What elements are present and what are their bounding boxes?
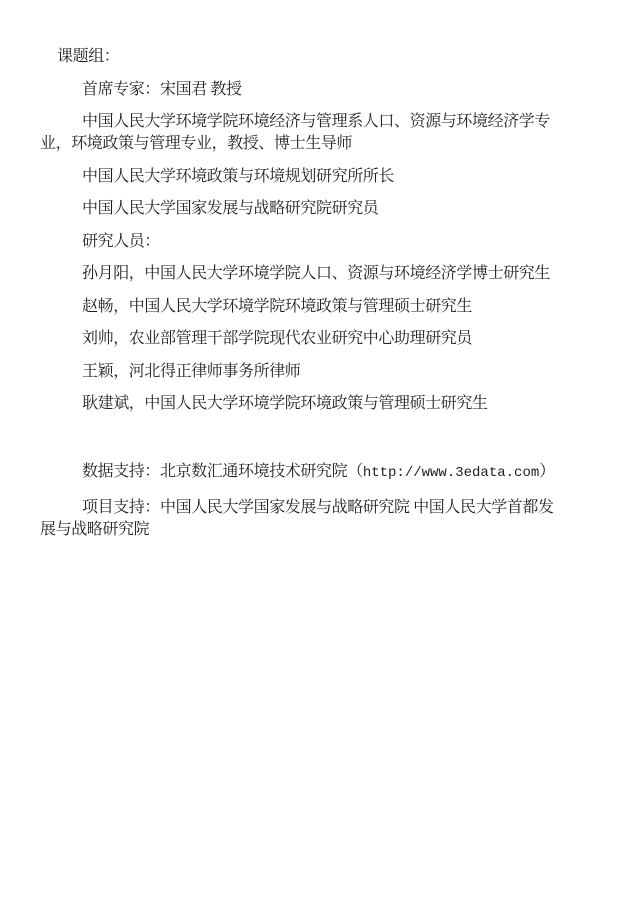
researcher-line: 王颖，河北得正律师事务所律师	[40, 361, 593, 383]
researcher-line: 刘帅，农业部管理干部学院现代农业研究中心助理研究员	[40, 328, 593, 350]
data-support-prefix: 数据支持：北京数汇通环境技术研究院（	[82, 463, 363, 480]
chief-affiliation3-line: 中国人民大学国家发展与战略研究院研究员	[40, 198, 593, 220]
chief-affiliation-line2: 业，环境政策与管理专业，教授、博士生导师	[40, 133, 593, 155]
project-support-line2: 展与战略研究院	[40, 519, 593, 541]
chief-affiliation2-line: 中国人民大学环境政策与环境规划研究所所长	[40, 166, 593, 188]
data-support-url: http://www.3edata.com	[363, 465, 539, 481]
data-support-suffix: ）	[539, 463, 555, 480]
credits-block: 课题组： 首席专家：宋国君 教授 中国人民大学环境学院环境经济与管理系人口、资源…	[40, 46, 593, 541]
researcher-line: 孙月阳，中国人民大学环境学院人口、资源与环境经济学博士研究生	[40, 263, 593, 285]
team-heading: 课题组：	[40, 46, 593, 68]
project-support-line1: 项目支持：中国人民大学国家发展与战略研究院 中国人民大学首都发	[40, 497, 593, 519]
researcher-line: 耿建斌，中国人民大学环境学院环境政策与管理硕士研究生	[40, 393, 593, 415]
document-page: 课题组： 首席专家：宋国君 教授 中国人民大学环境学院环境经济与管理系人口、资源…	[0, 0, 631, 900]
chief-expert-line: 首席专家：宋国君 教授	[40, 79, 593, 101]
researcher-line: 赵畅，中国人民大学环境学院环境政策与管理硕士研究生	[40, 296, 593, 318]
data-support-line: 数据支持：北京数汇通环境技术研究院（http://www.3edata.com）	[40, 461, 593, 484]
chief-affiliation-line1: 中国人民大学环境学院环境经济与管理系人口、资源与环境经济学专	[40, 111, 593, 133]
researchers-heading: 研究人员：	[40, 231, 593, 253]
